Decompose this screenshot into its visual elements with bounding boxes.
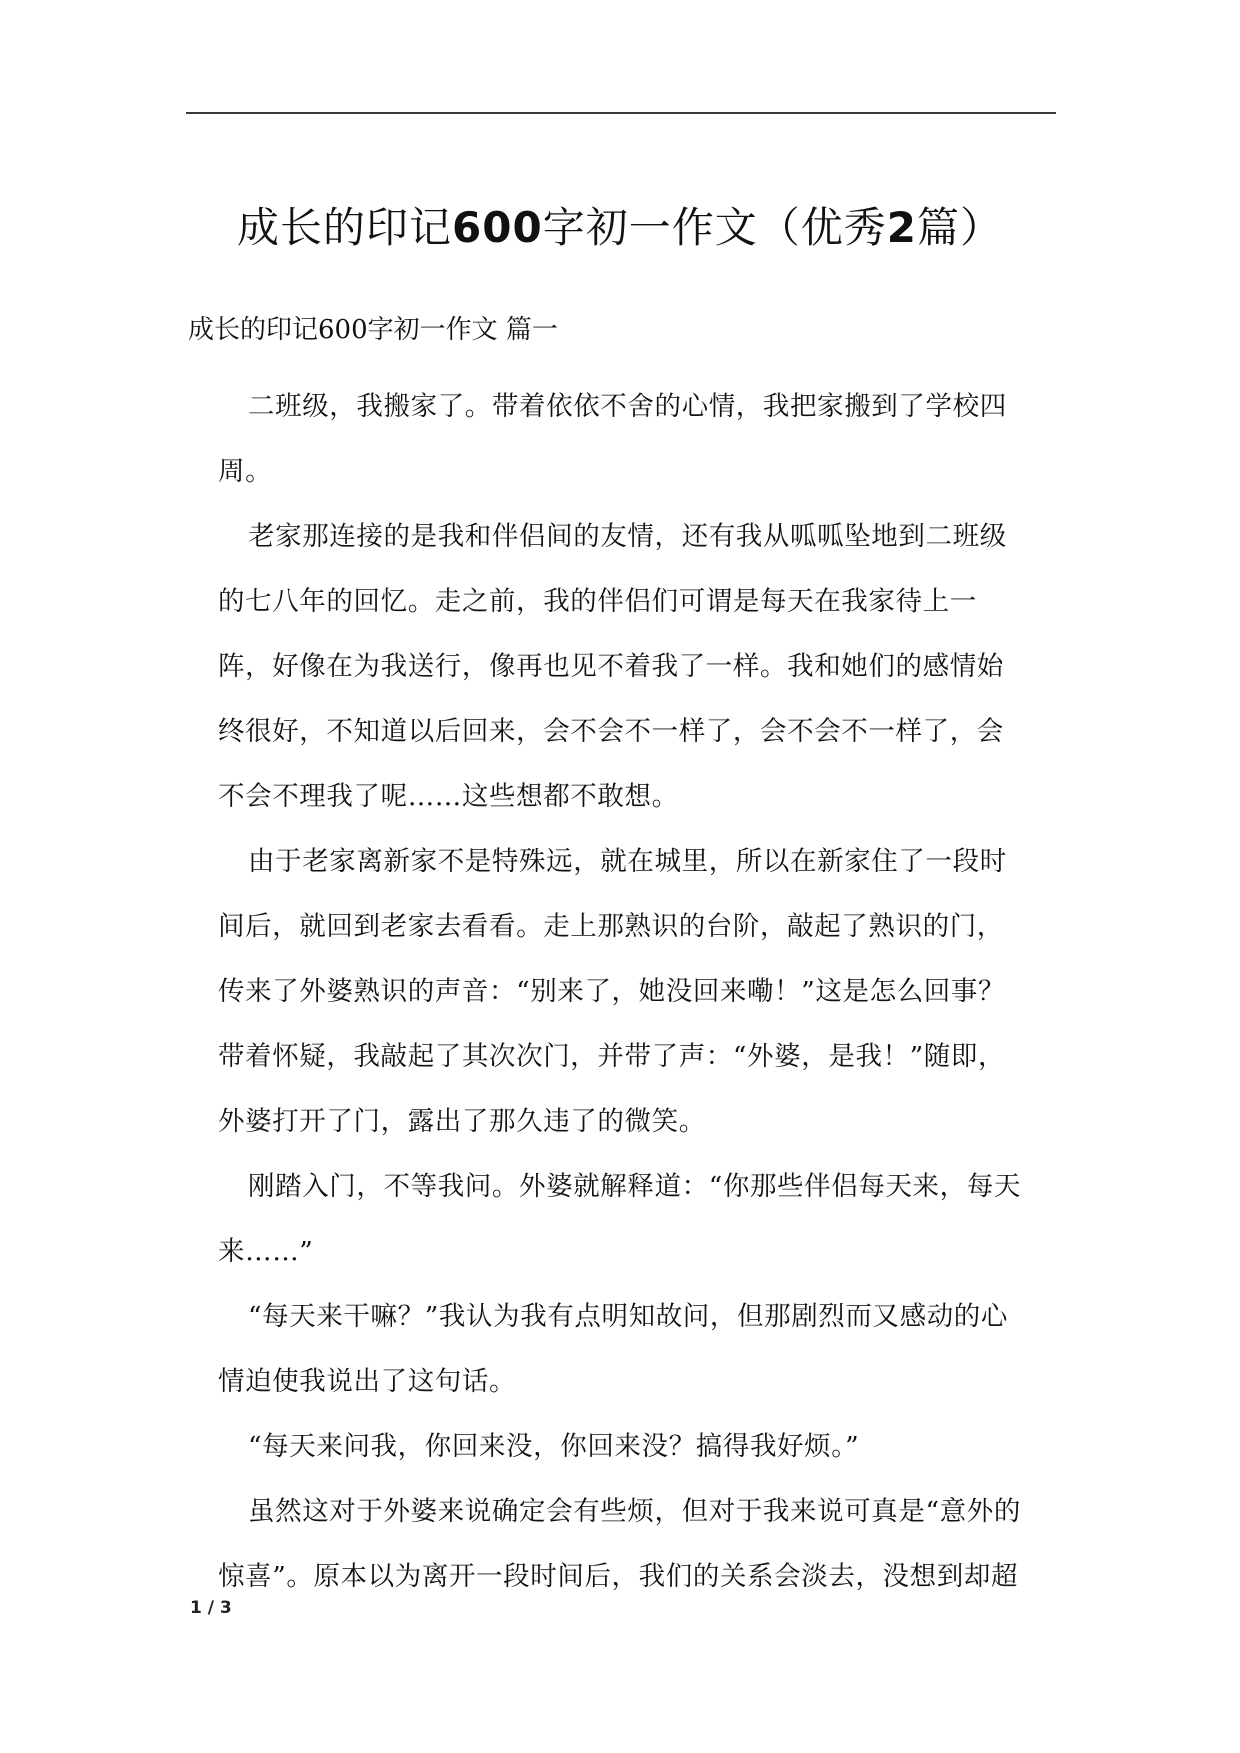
text-line: 外婆打开了门，露出了那久违了的微笑。: [188, 1089, 1058, 1154]
paragraph: “每天来干嘛？”我认为我有点明知故问，但那剧烈而又感动的心 情迫使我说出了这句话…: [188, 1284, 1058, 1414]
paragraph: 由于老家离新家不是特殊远，就在城里，所以在新家住了一段时 间后，就回到老家去看看…: [188, 829, 1058, 1154]
paragraph: 二班级，我搬家了。带着依依不舍的心情，我把家搬到了学校四 周。: [188, 374, 1058, 504]
document-title: 成长的印记600字初一作文（优秀2篇）: [150, 200, 1090, 256]
text-line: 传来了外婆熟识的声音：“别来了，她没回来嘞！”这是怎么回事？: [188, 959, 1058, 1024]
text-line: 周。: [188, 439, 1058, 504]
title-text-part: 成长的印记: [237, 203, 452, 252]
section-heading: 成长的印记600字初一作文 篇一: [188, 310, 1058, 350]
text-line: 带着怀疑，我敲起了其次次门，并带了声：“外婆，是我！”随即，: [188, 1024, 1058, 1089]
document-body: 成长的印记600字初一作文 篇一 二班级，我搬家了。带着依依不舍的心情，我把家搬…: [188, 310, 1058, 1609]
title-number: 600: [452, 203, 543, 252]
text-line: 不会不理我了呢……这些想都不敢想。: [188, 764, 1058, 829]
title-number: 2: [887, 203, 917, 252]
text-line: 老家那连接的是我和伴侣间的友情，还有我从呱呱坠地到二班级: [188, 504, 1058, 569]
text-line: 由于老家离新家不是特殊远，就在城里，所以在新家住了一段时: [188, 829, 1058, 894]
title-text-part: 篇）: [917, 203, 1003, 252]
text-line: 阵，好像在为我送行，像再也见不着我了一样。我和她们的感情始: [188, 634, 1058, 699]
text-line: 惊喜”。原本以为离开一段时间后，我们的关系会淡去，没想到却超: [188, 1544, 1058, 1609]
page-number: 1 / 3: [190, 1598, 232, 1618]
header-rule: [186, 112, 1056, 114]
text-line: 二班级，我搬家了。带着依依不舍的心情，我把家搬到了学校四: [188, 374, 1058, 439]
paragraph: 虽然这对于外婆来说确定会有些烦，但对于我来说可真是“意外的 惊喜”。原本以为离开…: [188, 1479, 1058, 1609]
text-line: 来……”: [188, 1219, 1058, 1284]
paragraph: 老家那连接的是我和伴侣间的友情，还有我从呱呱坠地到二班级 的七八年的回忆。走之前…: [188, 504, 1058, 829]
text-line: 终很好，不知道以后回来，会不会不一样了，会不会不一样了，会: [188, 699, 1058, 764]
text-line: 间后，就回到老家去看看。走上那熟识的台阶，敲起了熟识的门，: [188, 894, 1058, 959]
text-line: 的七八年的回忆。走之前，我的伴侣们可谓是每天在我家待上一: [188, 569, 1058, 634]
document-page: 成长的印记600字初一作文（优秀2篇） 成长的印记600字初一作文 篇一 二班级…: [0, 0, 1240, 1753]
text-line: “每天来干嘛？”我认为我有点明知故问，但那剧烈而又感动的心: [188, 1284, 1058, 1349]
text-line: 刚踏入门，不等我问。外婆就解释道：“你那些伴侣每天来，每天: [188, 1154, 1058, 1219]
title-text-part: 字初一作文（优秀: [543, 203, 887, 252]
text-line: 虽然这对于外婆来说确定会有些烦，但对于我来说可真是“意外的: [188, 1479, 1058, 1544]
paragraph: “每天来问我，你回来没，你回来没？搞得我好烦。”: [188, 1414, 1058, 1479]
text-line: “每天来问我，你回来没，你回来没？搞得我好烦。”: [188, 1414, 1058, 1479]
paragraph: 刚踏入门，不等我问。外婆就解释道：“你那些伴侣每天来，每天 来……”: [188, 1154, 1058, 1284]
text-line: 情迫使我说出了这句话。: [188, 1349, 1058, 1414]
